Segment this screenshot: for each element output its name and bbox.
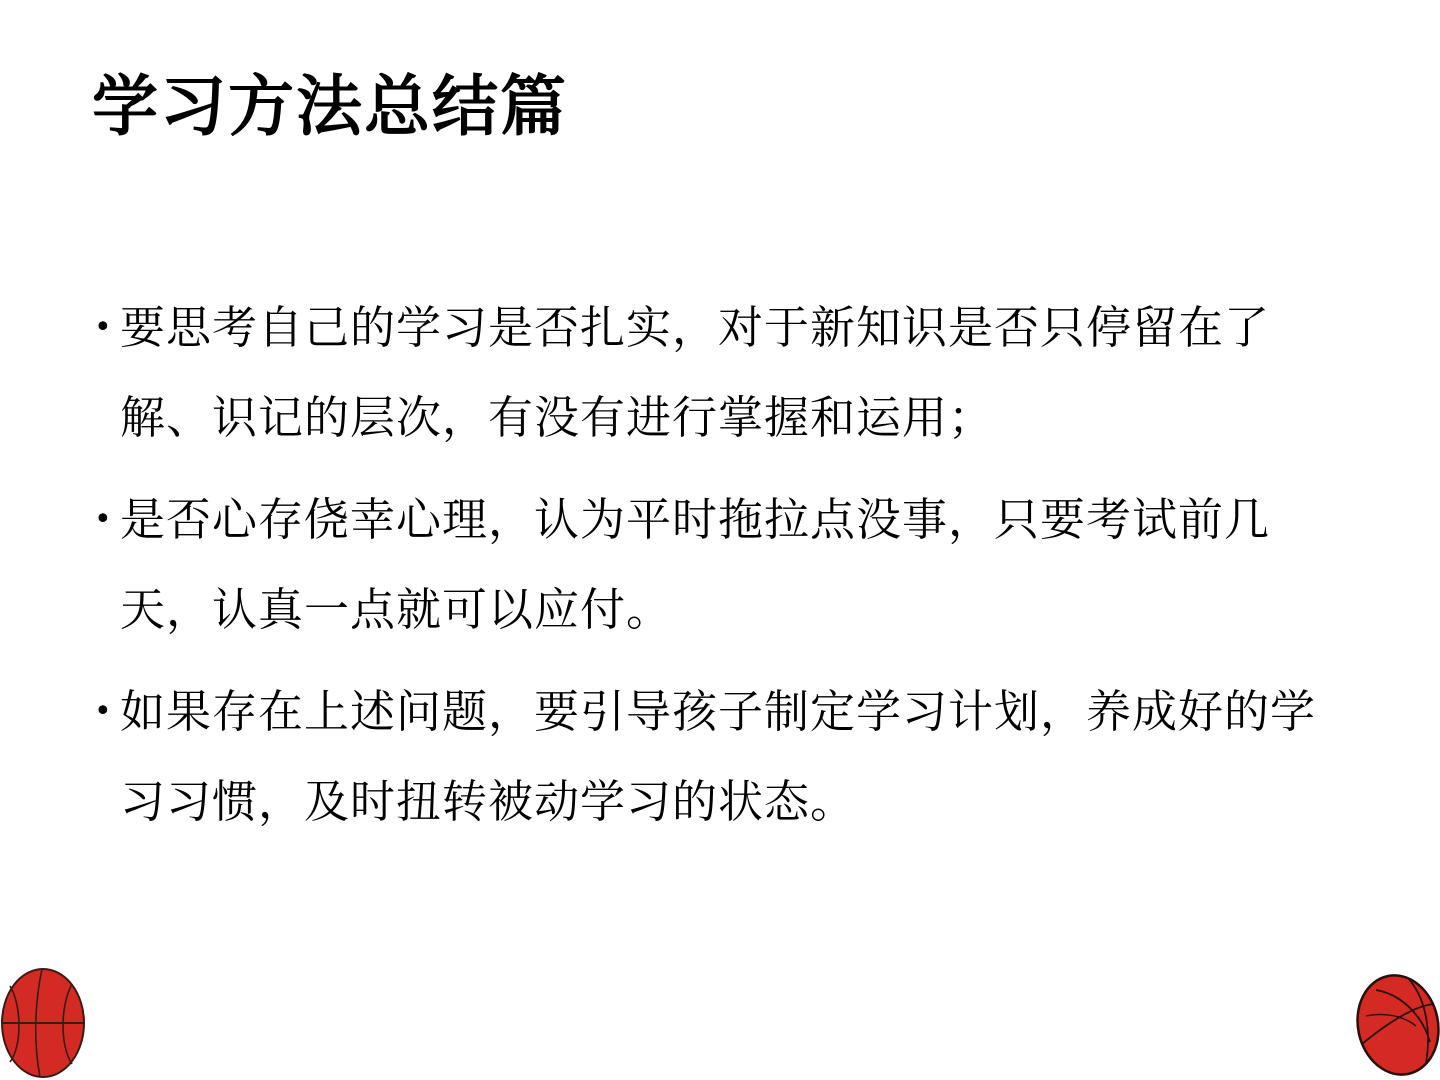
bullet-item: • 是否心存侥幸心理，认为平时拖拉点没事，只要考试前几天，认真一点就可以应付。 [92, 475, 1352, 655]
bullet-item: • 如果存在上述问题，要引导孩子制定学习计划，养成好的学习习惯，及时扭转被动学习… [92, 667, 1352, 847]
bullet-item: • 要思考自己的学习是否扎实，对于新知识是否只停留在了解、识记的层次，有没有进行… [92, 283, 1352, 463]
bullet-text: 要思考自己的学习是否扎实，对于新知识是否只停留在了解、识记的层次，有没有进行掌握… [120, 301, 1270, 444]
bullet-marker: • [94, 283, 113, 373]
bullet-marker: • [94, 667, 113, 757]
bullet-marker: • [94, 475, 113, 565]
slide-title: 学习方法总结篇 [92, 62, 568, 152]
basketball-icon [0, 966, 86, 1080]
bullet-text: 是否心存侥幸心理，认为平时拖拉点没事，只要考试前几天，认真一点就可以应付。 [120, 493, 1270, 636]
bullet-text: 如果存在上述问题，要引导孩子制定学习计划，养成好的学习习惯，及时扭转被动学习的状… [120, 685, 1316, 828]
bullet-list: • 要思考自己的学习是否扎实，对于新知识是否只停留在了解、识记的层次，有没有进行… [92, 283, 1352, 859]
basketball-icon [1354, 966, 1440, 1080]
